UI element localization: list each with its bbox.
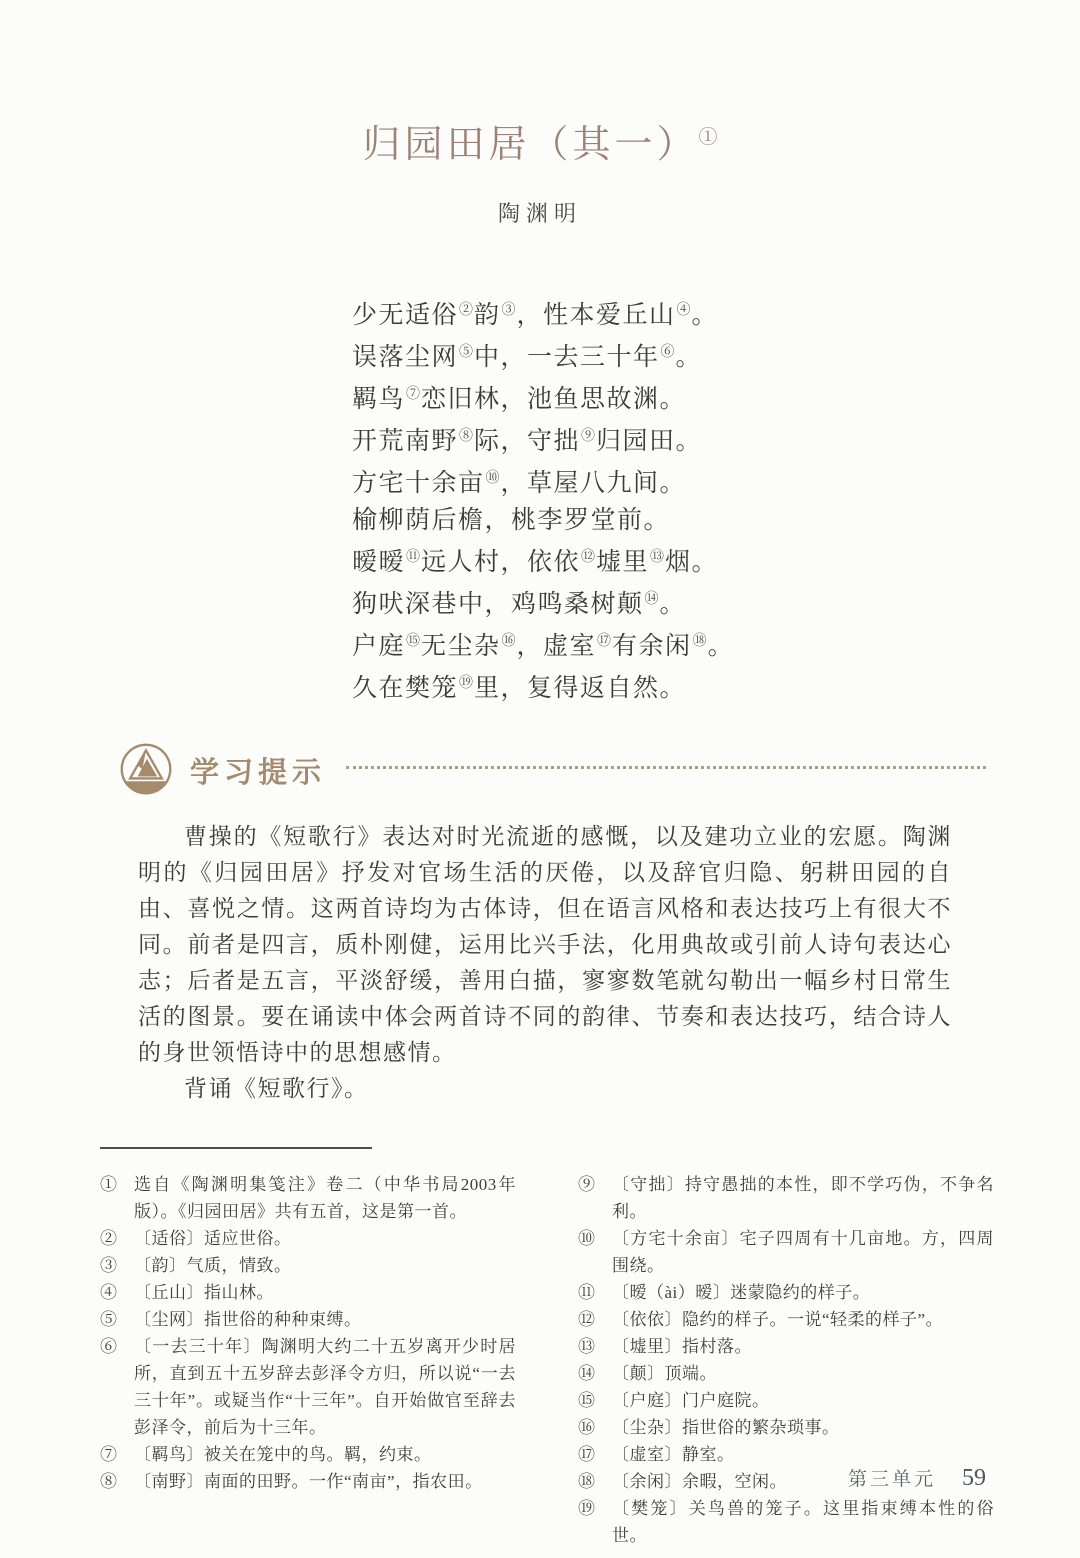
footnote-number: ⑥: [100, 1333, 134, 1360]
footnote-item: ⑮〔户庭〕门户庭院。: [578, 1387, 994, 1414]
footnote-item: ⑫〔依依〕隐约的样子。一说“轻柔的样子”。: [578, 1306, 994, 1333]
poem-line: 户庭⑮无尘杂⑯，虚室⑰有余闲⑱。: [352, 623, 1080, 665]
poem-line: 榆柳荫后檐，桃李罗堂前。: [352, 502, 1080, 539]
note-marker: ⑭: [645, 592, 659, 607]
footnote-number: ②: [100, 1225, 134, 1252]
footnote-text: 〔羁鸟〕被关在笼中的鸟。羁，约束。: [134, 1441, 516, 1468]
note-marker: ④: [677, 303, 691, 318]
poem-line: 久在樊笼⑲里，复得返自然。: [352, 665, 1080, 707]
note-marker: ⑩: [486, 471, 500, 486]
footnote-number: ⑤: [100, 1306, 134, 1333]
poem-body: 少无适俗②韵③，性本爱丘山④。误落尘网⑤中，一去三十年⑥。羁鸟⑦恋旧林，池鱼思故…: [352, 292, 1080, 707]
footnote-text: 〔户庭〕门户庭院。: [612, 1387, 994, 1414]
poem-line: 狗吠深巷中，鸡鸣桑树颠⑭。: [352, 581, 1080, 623]
footnote-number: ⑨: [578, 1171, 612, 1198]
footnote-item: ⑲〔樊笼〕关鸟兽的笼子。这里指束缚本性的俗世。: [578, 1495, 994, 1549]
footnote-number: ⑦: [100, 1441, 134, 1468]
note-marker: ⑪: [406, 550, 420, 565]
dotted-divider: [346, 763, 986, 769]
footnote-text: 〔丘山〕指山林。: [134, 1279, 516, 1306]
page-footer: 第三单元 59: [848, 1464, 986, 1492]
footnote-item: ⑯〔尘杂〕指世俗的繁杂琐事。: [578, 1414, 994, 1441]
note-marker: ⑰: [597, 634, 611, 649]
page-number: 59: [962, 1465, 986, 1491]
note-marker: ⑧: [459, 429, 473, 444]
note-marker: ⑬: [650, 550, 664, 565]
note-marker: ③: [502, 303, 516, 318]
note-marker: ⑨: [581, 429, 595, 444]
footnote-number: ⑰: [578, 1441, 612, 1468]
footnote-item: ⑭〔颠〕顶端。: [578, 1360, 994, 1387]
study-hint-title: 学习提示: [190, 750, 326, 791]
footnote-item: ②〔适俗〕适应世俗。: [100, 1225, 516, 1252]
footnote-text: 〔韵〕气质，情致。: [134, 1252, 516, 1279]
footnote-column-right: ⑨〔守拙〕持守愚拙的本性，即不学巧伪，不争名利。⑩〔方宅十余亩〕宅子四周有十几亩…: [578, 1171, 994, 1549]
unit-label: 第三单元: [848, 1469, 936, 1490]
poem-line: 方宅十余亩⑩，草屋八九间。: [352, 460, 1080, 502]
note-marker: ⑯: [502, 634, 516, 649]
poem-line: 误落尘网⑤中，一去三十年⑥。: [352, 334, 1080, 376]
footnote-text: 〔南野〕南面的田野。一作“南亩”，指农田。: [134, 1468, 516, 1495]
footnote-item: ⑥〔一去三十年〕陶渊明大约二十五岁离开少时居所，直到五十五岁辞去彭泽令方归，所以…: [100, 1333, 516, 1441]
footnote-text: 〔墟里〕指村落。: [612, 1333, 994, 1360]
footnote-text: 〔守拙〕持守愚拙的本性，即不学巧伪，不争名利。: [612, 1171, 994, 1225]
footnote-text: 〔颠〕顶端。: [612, 1360, 994, 1387]
footnote-text: 〔尘杂〕指世俗的繁杂琐事。: [612, 1414, 994, 1441]
note-marker: ⑲: [459, 676, 473, 691]
note-marker: ⑤: [459, 345, 473, 360]
footnote-number: ①: [100, 1171, 134, 1198]
footnote-number: ④: [100, 1279, 134, 1306]
note-marker: ⑱: [693, 634, 707, 649]
poem-title: 归园田居（其一）①: [0, 0, 1080, 169]
footnote-number: ⑫: [578, 1306, 612, 1333]
footnote-item: ⑩〔方宅十余亩〕宅子四周有十几亩地。方，四周围绕。: [578, 1225, 994, 1279]
footnote-number: ⑧: [100, 1468, 134, 1495]
poem-line: 羁鸟⑦恋旧林，池鱼思故渊。: [352, 376, 1080, 418]
poem-line: 少无适俗②韵③，性本爱丘山④。: [352, 292, 1080, 334]
footnote-number: ③: [100, 1252, 134, 1279]
footnote-text: 〔暧（ài）暧〕迷蒙隐约的样子。: [612, 1279, 994, 1306]
note-marker: ②: [459, 303, 473, 318]
footnote-number: ⑪: [578, 1279, 612, 1306]
footnote-text: 〔樊笼〕关鸟兽的笼子。这里指束缚本性的俗世。: [612, 1495, 994, 1549]
footnote-number: ⑮: [578, 1387, 612, 1414]
footnote-text: 〔尘网〕指世俗的种种束缚。: [134, 1306, 516, 1333]
study-hint-body: 曹操的《短歌行》表达对时光流逝的感慨，以及建功立业的宏愿。陶渊明的《归园田居》抒…: [138, 819, 952, 1107]
footnote-item: ⑬〔墟里〕指村落。: [578, 1333, 994, 1360]
footnote-item: ⑪〔暧（ài）暧〕迷蒙隐约的样子。: [578, 1279, 994, 1306]
hint-paragraph: 曹操的《短歌行》表达对时光流逝的感慨，以及建功立业的宏愿。陶渊明的《归园田居》抒…: [138, 819, 952, 1071]
footnote-item: ⑦〔羁鸟〕被关在笼中的鸟。羁，约束。: [100, 1441, 516, 1468]
textbook-page: 归园田居（其一）① 陶渊明 少无适俗②韵③，性本爱丘山④。误落尘网⑤中，一去三十…: [0, 0, 1080, 1558]
footnote-text: 选自《陶渊明集笺注》卷二（中华书局2003年版）。《归园田居》共有五首，这是第一…: [134, 1171, 516, 1225]
footnote-text: 〔依依〕隐约的样子。一说“轻柔的样子”。: [612, 1306, 994, 1333]
footnote-number: ⑭: [578, 1360, 612, 1387]
footnote-item: ⑤〔尘网〕指世俗的种种束缚。: [100, 1306, 516, 1333]
note-marker: ①: [699, 127, 718, 148]
footnote-number: ⑱: [578, 1468, 612, 1495]
footnote-text: 〔方宅十余亩〕宅子四周有十几亩地。方，四周围绕。: [612, 1225, 994, 1279]
study-hint-header: 学习提示: [118, 741, 986, 799]
footnote-item: ①选自《陶渊明集笺注》卷二（中华书局2003年版）。《归园田居》共有五首，这是第…: [100, 1171, 516, 1225]
note-marker: ⑥: [661, 345, 675, 360]
footnote-item: ④〔丘山〕指山林。: [100, 1279, 516, 1306]
footnotes: ①选自《陶渊明集笺注》卷二（中华书局2003年版）。《归园田居》共有五首，这是第…: [100, 1171, 994, 1549]
study-hint-logo-icon: [118, 742, 174, 798]
footnote-number: ⑬: [578, 1333, 612, 1360]
poem-line: 暧暧⑪远人村，依依⑫墟里⑬烟。: [352, 539, 1080, 581]
footnote-item: ③〔韵〕气质，情致。: [100, 1252, 516, 1279]
note-marker: ⑦: [406, 387, 420, 402]
note-marker: ⑮: [406, 634, 420, 649]
footnote-column-left: ①选自《陶渊明集笺注》卷二（中华书局2003年版）。《归园田居》共有五首，这是第…: [100, 1171, 516, 1549]
footnote-divider: [100, 1147, 372, 1149]
footnote-text: 〔适俗〕适应世俗。: [134, 1225, 516, 1252]
footnote-item: ⑨〔守拙〕持守愚拙的本性，即不学巧伪，不争名利。: [578, 1171, 994, 1225]
note-marker: ⑫: [581, 550, 595, 565]
footnote-item: ⑧〔南野〕南面的田野。一作“南亩”，指农田。: [100, 1468, 516, 1495]
footnote-number: ⑲: [578, 1495, 612, 1522]
footnote-text: 〔一去三十年〕陶渊明大约二十五岁离开少时居所，直到五十五岁辞去彭泽令方归，所以说…: [134, 1333, 516, 1441]
footnote-number: ⑯: [578, 1414, 612, 1441]
poem-author: 陶渊明: [0, 197, 1080, 228]
poem-line: 开荒南野⑧际，守拙⑨归园田。: [352, 418, 1080, 460]
hint-paragraph: 背诵《短歌行》。: [138, 1071, 952, 1107]
footnote-number: ⑩: [578, 1225, 612, 1252]
